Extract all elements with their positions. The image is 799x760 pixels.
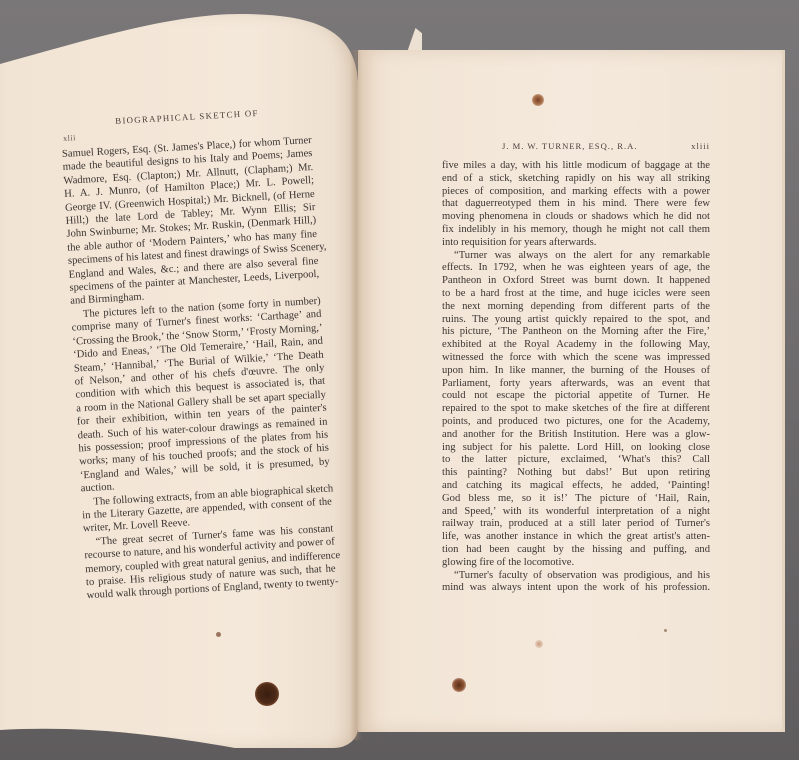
- text-line: and catching its magical effects, he add…: [442, 480, 710, 493]
- text-line: could not escape the pictorial appetite …: [442, 390, 710, 403]
- text-line: five miles a day, with his little modicu…: [442, 160, 710, 173]
- book-gutter: [350, 50, 362, 740]
- right-body: five miles a day, with his little modicu…: [442, 160, 710, 595]
- text-line: railway train, produced at a still later…: [442, 518, 710, 531]
- text-line: effects. In 1792, when he was eighteen y…: [442, 262, 710, 275]
- text-line: points, and produced two pictures, one f…: [442, 416, 710, 429]
- text-line: this painting? Nothing but dabs!’ But up…: [442, 467, 710, 480]
- open-book-photo: xlii BIOGRAPHICAL SKETCH OF Samuel Roger…: [0, 0, 799, 760]
- right-running-head: J. M. W. TURNER, ESQ., R.A. xliii: [442, 140, 710, 154]
- text-line: glowing fire of the locomotive.: [442, 557, 710, 570]
- foxing-stain: [664, 629, 667, 632]
- text-line: and Speed,’ with its wonderful interpret…: [442, 506, 710, 519]
- text-line: the next morning depending from differen…: [442, 301, 710, 314]
- text-line: and another for the British Institution.…: [442, 429, 710, 442]
- text-line: his picture, ‘The Pantheon on the Mornin…: [442, 326, 710, 339]
- text-line: Pantheon in Oxford Street was burnt down…: [442, 275, 710, 288]
- right-page-text: J. M. W. TURNER, ESQ., R.A. xliii five m…: [442, 160, 710, 595]
- text-line: ruins. The young artist quickly repaired…: [442, 314, 710, 327]
- right-running-title: J. M. W. TURNER, ESQ., R.A.: [502, 140, 637, 153]
- text-line: that daguerreotyped them in his mind. Th…: [442, 198, 710, 211]
- text-line: upon him. In like manner, the burning of…: [442, 365, 710, 378]
- left-body: Samuel Rogers, Esq. (St. James's Place,)…: [62, 134, 337, 603]
- text-line: pieces of composition, and marking effec…: [442, 186, 710, 199]
- text-line: God bless me, so it is!’ The picture of …: [442, 493, 710, 506]
- left-page-text: xlii BIOGRAPHICAL SKETCH OF Samuel Roger…: [60, 104, 337, 603]
- text-line: moving phenomena in clouds or shadows wh…: [442, 211, 710, 224]
- text-line: exhibited at the Royal Academy in the fo…: [442, 339, 710, 352]
- text-line: mind was always intent upon the work of …: [442, 582, 710, 595]
- text-line: “Turner was always on the alert for any …: [442, 250, 710, 263]
- text-line: “Turner's faculty of observation was pro…: [442, 570, 710, 583]
- foxing-stain: [216, 632, 221, 637]
- text-line: fix indelibly in his memory, though he m…: [442, 224, 710, 237]
- text-line: to be a hard frost at the time, and huge…: [442, 288, 710, 301]
- foxing-stain: [452, 678, 466, 692]
- foxing-stain: [535, 640, 543, 648]
- foxing-stain: [532, 94, 544, 106]
- text-line: life, was another instance in which the …: [442, 531, 710, 544]
- left-page-number: xlii: [63, 131, 76, 145]
- text-line: end of a stick, sketching rapidly on his…: [442, 173, 710, 186]
- text-line: to the latter picture, exclaimed, ‘What'…: [442, 454, 710, 467]
- text-line: repaired to the spot to make sketches of…: [442, 403, 710, 416]
- text-line: ing subject for his palette. Lord Hill, …: [442, 442, 710, 455]
- text-line: Parliament, forty years afterwards, was …: [442, 378, 710, 391]
- text-line: witnessed the force with which the scene…: [442, 352, 710, 365]
- text-line: into requisition for years afterwards.: [442, 237, 710, 250]
- right-page-number: xliii: [691, 140, 710, 153]
- text-line: tion had been caught by the hissing and …: [442, 544, 710, 557]
- foxing-stain: [255, 682, 279, 706]
